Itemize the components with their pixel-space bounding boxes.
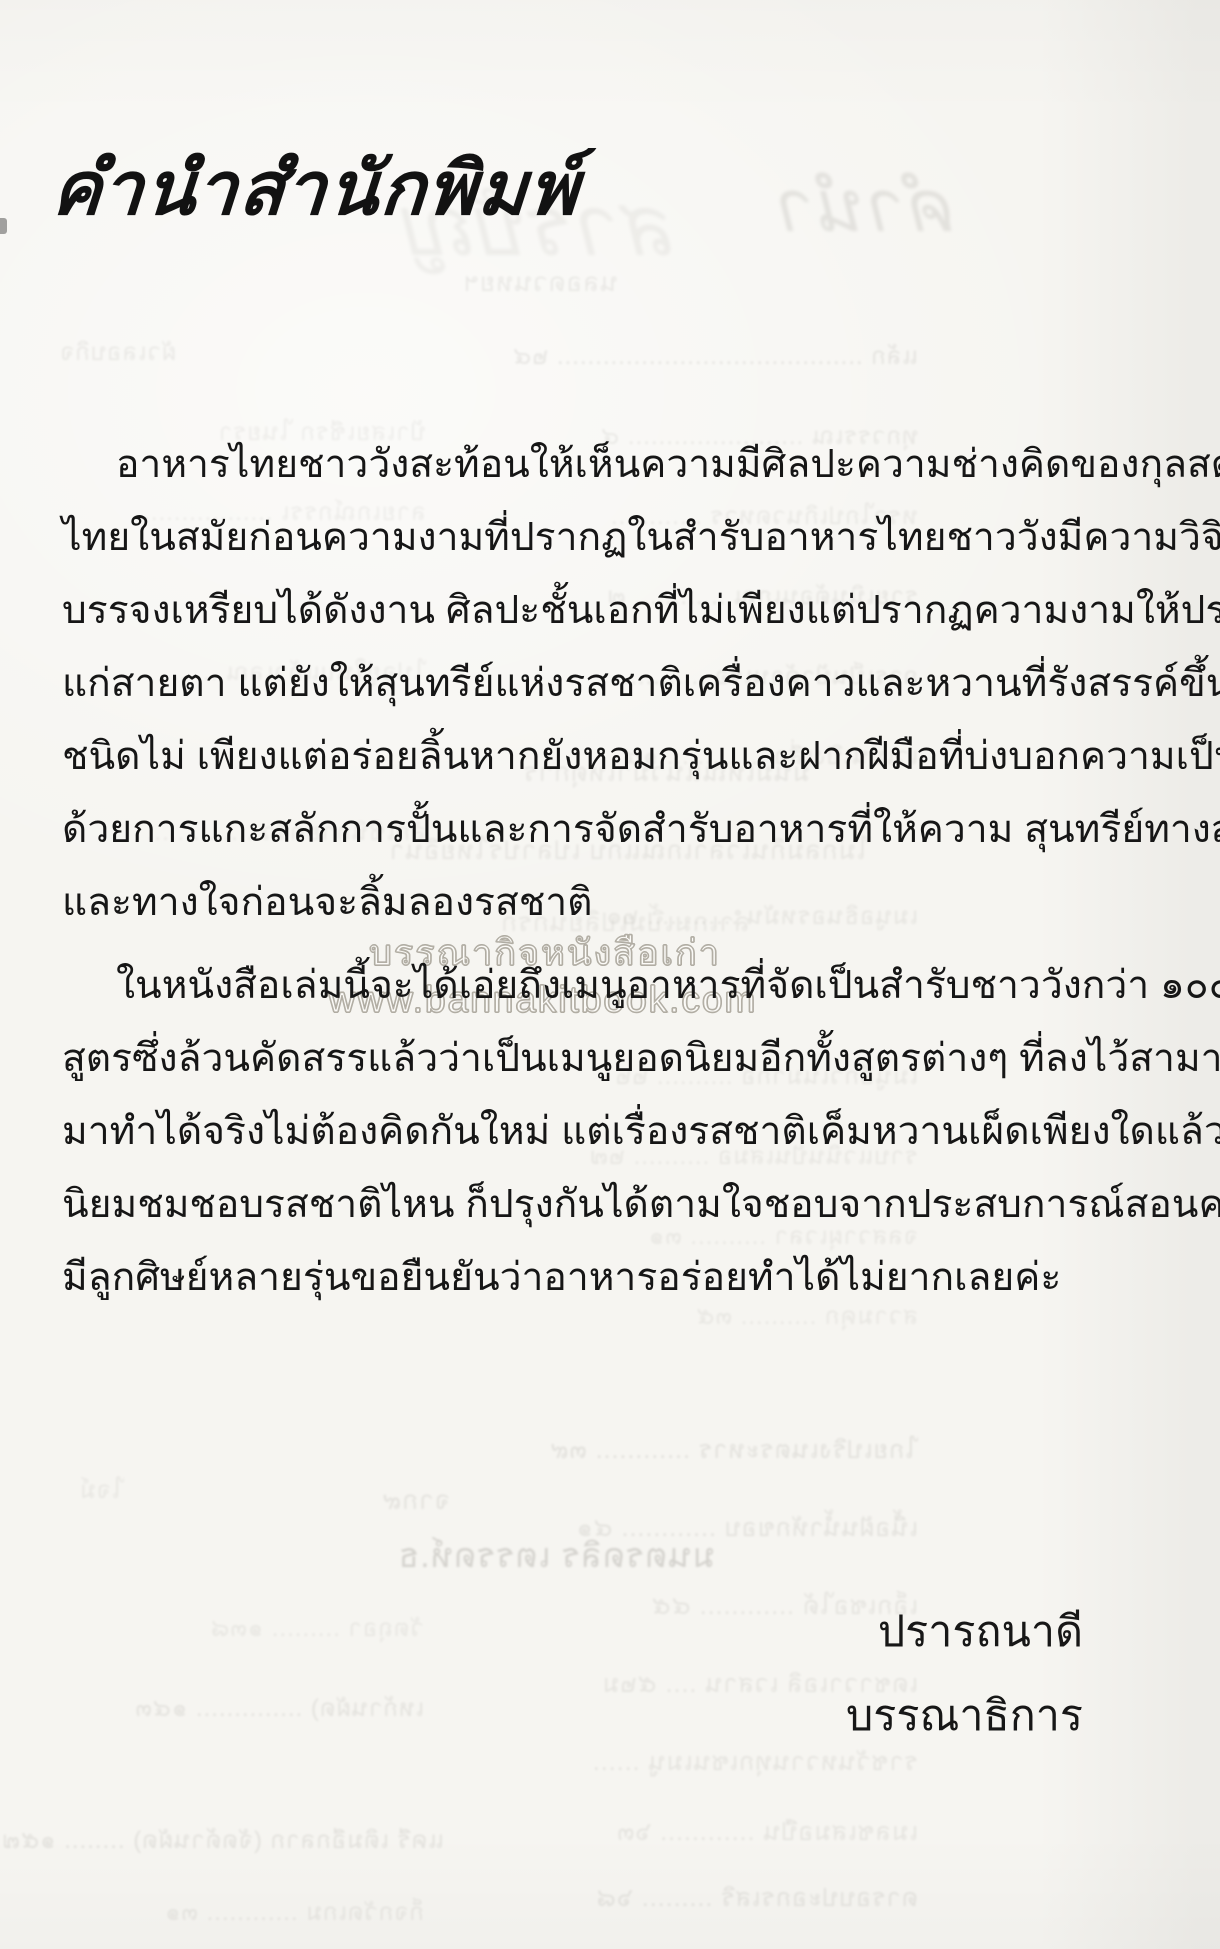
bleedthrough-line: จาก๙	[330, 1480, 450, 1521]
paragraph1-line: อาหารไทยชาววังสะท้อนให้เห็นความมีศิลปะคว…	[62, 428, 1166, 501]
paragraph1-line: แก่สายตา แต่ยังให้สุนทรีย์แห่งรสชาติเครื…	[62, 647, 1166, 720]
signature-block: ปรารถนาดี บรรณาธิการ	[846, 1590, 1083, 1758]
paragraph1-line: บรรจงเหรียบได้ดังงาน ศิลปะชั้นเอกที่ไม่เ…	[62, 574, 1166, 647]
bleedthrough-line: แล้ก ...................................…	[468, 336, 918, 375]
bleedthrough-line: คำนำ	[700, 148, 960, 263]
bleedthrough-line: เหก้านผัด) .............. ๑๔๓	[4, 1688, 424, 1727]
foreword-body: อาหารไทยชาววังสะท้อนให้เห็นความมีศิลปะคว…	[62, 428, 1166, 1314]
paragraph2-line: สูตรซึ่งล้วนคัดสรรแล้วว่าเป็นเมนูยอดนิยม…	[62, 1022, 1166, 1095]
bleedthrough-line: มนตรดลิร เตรรดห์.ธ	[295, 1528, 715, 1582]
scan-artifact-speck	[0, 218, 7, 234]
signature-editor: บรรณาธิการ	[846, 1674, 1083, 1758]
bleedthrough-line: ไจม์	[4, 1470, 124, 1509]
paragraph1-line: ด้วยการแกะสลักการปั้นและการจัดสำรับอาหาร…	[62, 793, 1166, 866]
paragraph2-line: มาทำได้จริงไม่ต้องคิดกันใหม่ แต่เรื่องรส…	[62, 1095, 1166, 1168]
bleedthrough-line: ไกยเปริงเนตระหาร ............ ๓๙	[468, 1430, 918, 1470]
page-title: คำนำสำนักพิมพ์	[49, 146, 583, 235]
bleedthrough-line: แครี เติมอีกลาก (จัดด้านผัด) ........ ๑๕…	[4, 1820, 444, 1859]
paragraph1-line: ชนิดไม่ เพียงแต่อร่อยลิ้นหากยังหอมกรุ่นแ…	[62, 720, 1166, 793]
bleedthrough-line: เมลชเสมอปืน ............ ๖๓	[468, 1812, 918, 1852]
bleedthrough-line: ดารอบปะอกรเสริ ......... ๖๘	[468, 1878, 918, 1918]
bleedthrough-line: นลอดวนหยฯ	[408, 262, 618, 303]
scanned-book-page: คำนำสารบัญนลอดวนหยฯผัวเลอบกิจแล้ก ......…	[0, 0, 1220, 1949]
paragraph2-line: นิยมชมชอบรสชาติไหน ก็ปรุงกันได้ตามใจชอบจ…	[62, 1168, 1166, 1241]
bleedthrough-line: ผัวเลอบกิจ	[6, 332, 176, 371]
paragraph1-line: และทางใจก่อนจะลิ้มลองรสชาติ	[62, 866, 1166, 939]
bleedthrough-line: ก็จกวัดเกม ............ ๓๑	[4, 1892, 424, 1931]
signature-wellwisher: ปรารถนาดี	[846, 1590, 1083, 1674]
bleedthrough-line: วัตถุอา ......... ๑๓๘	[4, 1608, 424, 1647]
paragraph2-line: มีลูกศิษย์หลายรุ่นขอยืนยันว่าอาหารอร่อยท…	[62, 1241, 1166, 1314]
paragraph2-line: ในหนังสือเล่มนี้จะได้เอ่ยถึงเมนูอาหารที่…	[62, 949, 1166, 1022]
paragraph1-line: ไทยในสมัยก่อนความงามที่ปรากฏในสำรับอาหาร…	[62, 501, 1166, 574]
